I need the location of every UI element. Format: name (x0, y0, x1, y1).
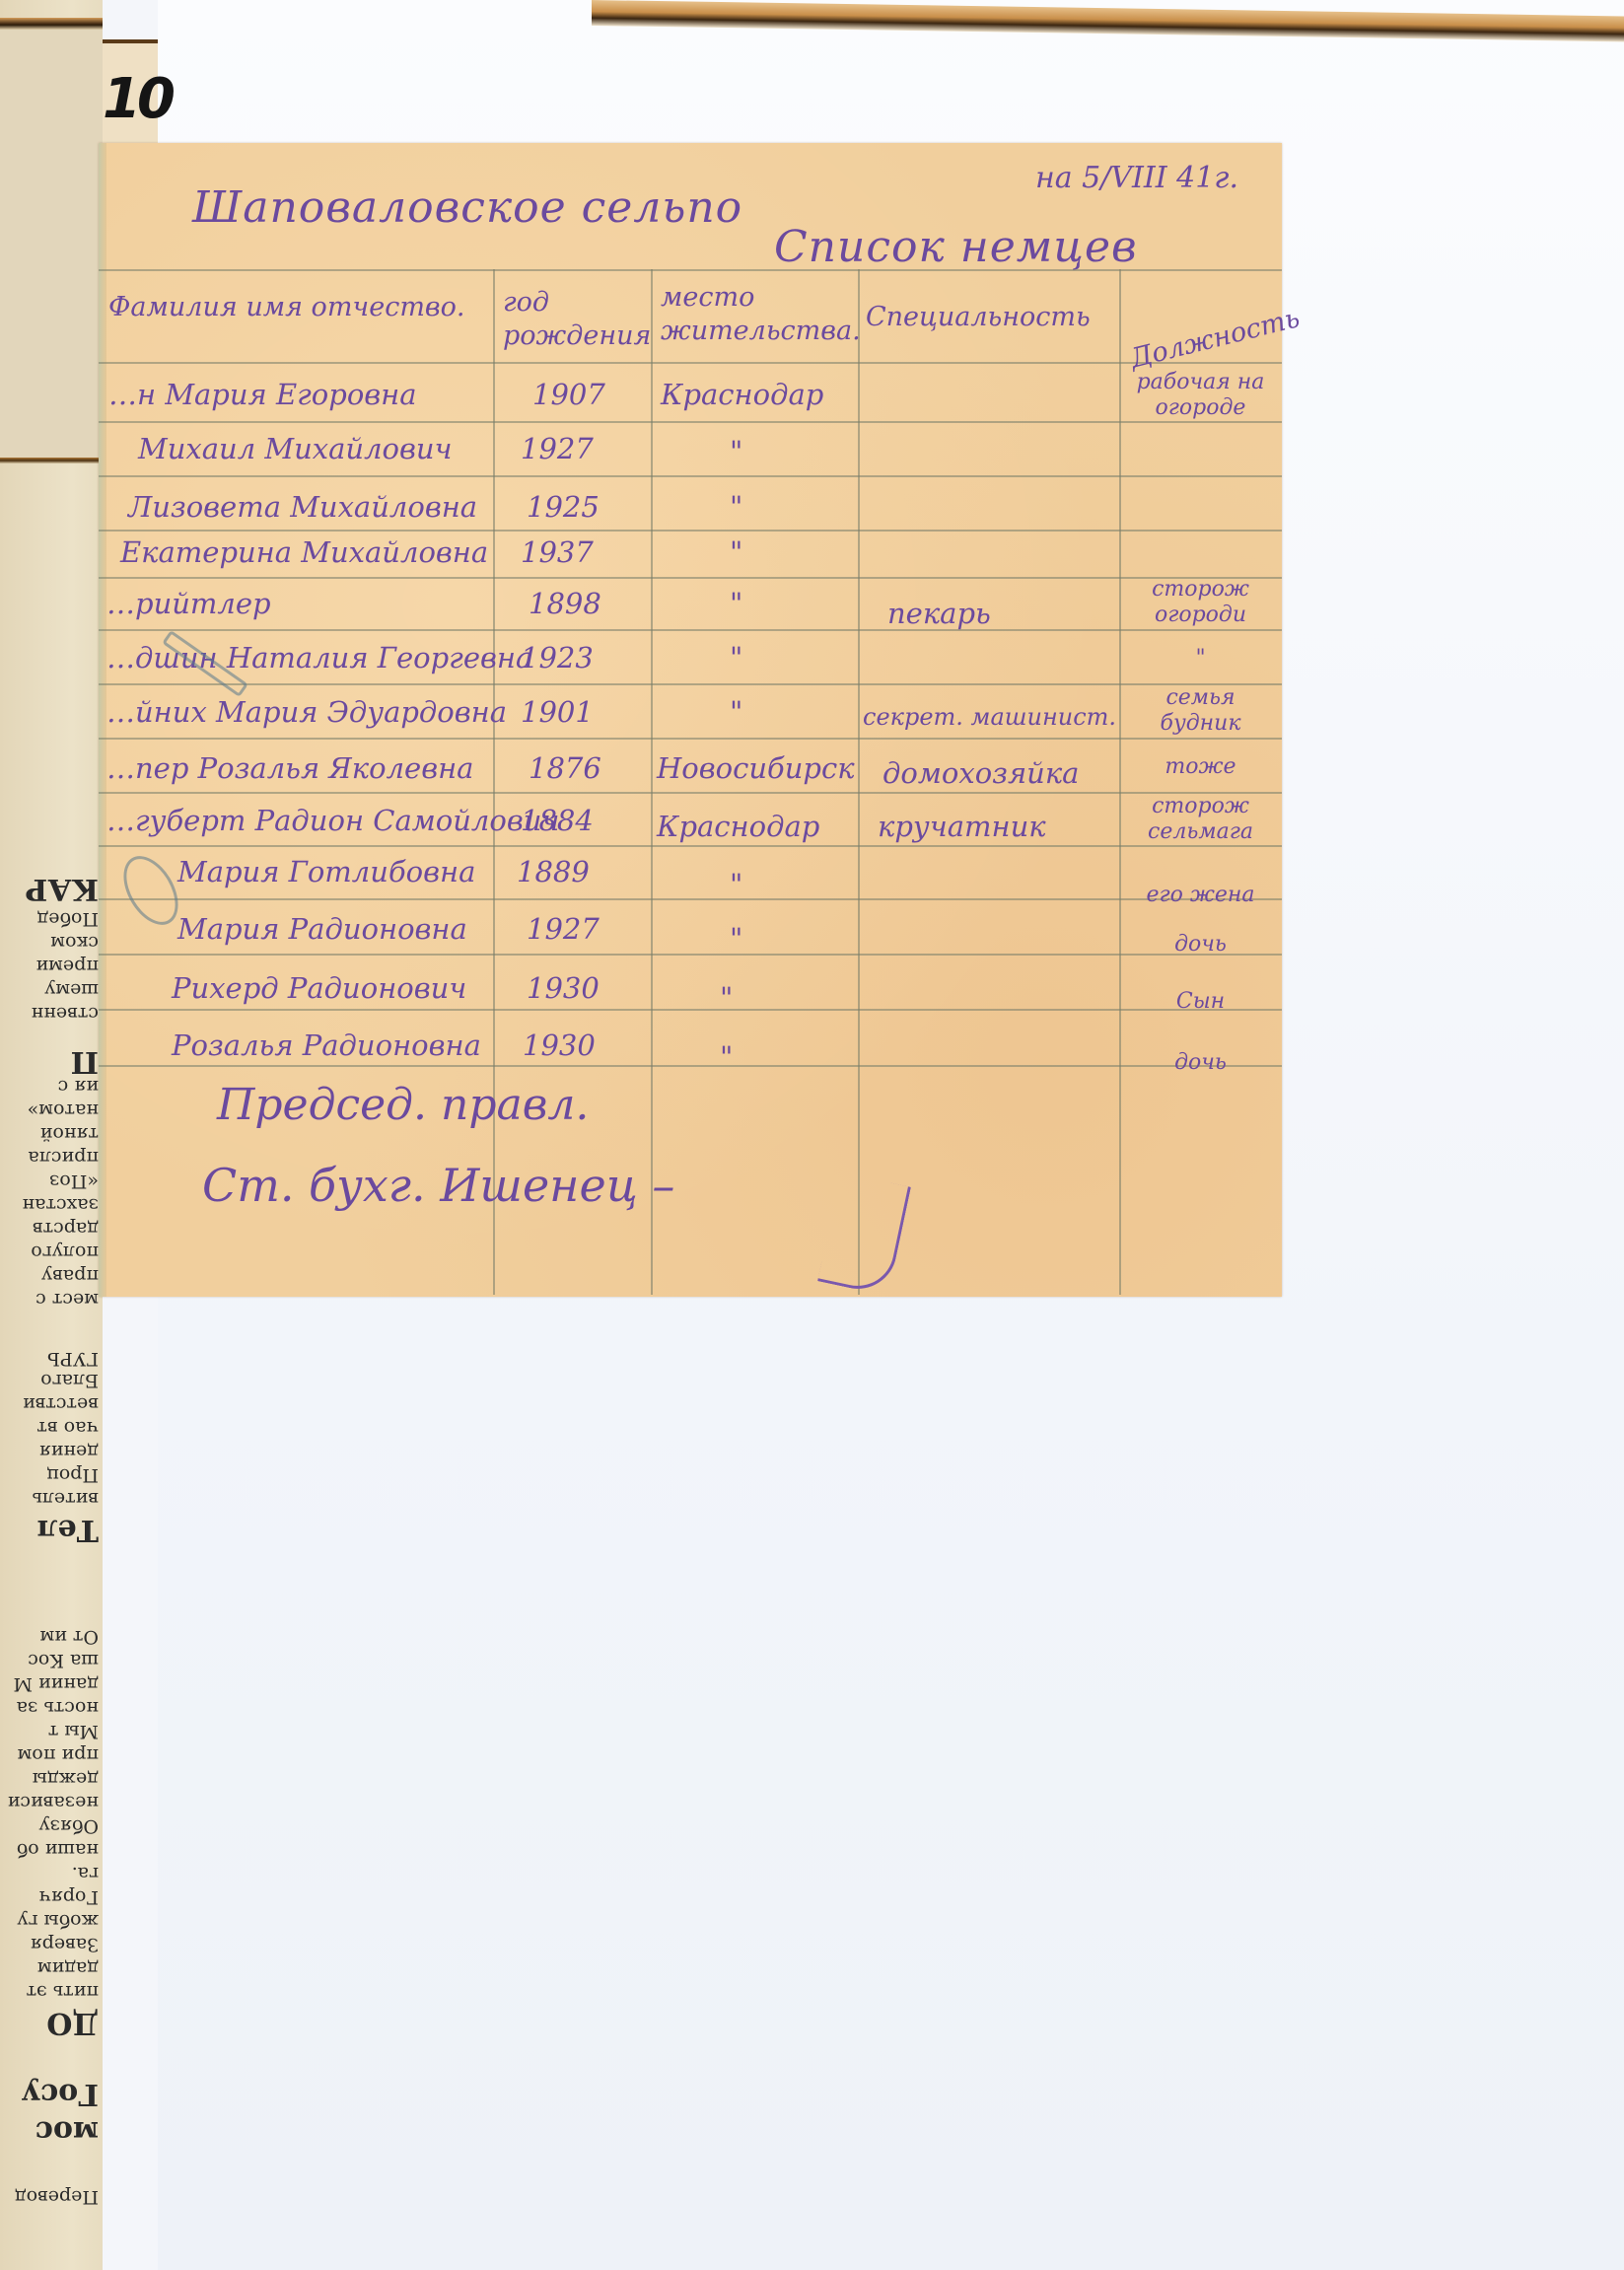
news-line: ия с (4, 1075, 99, 1099)
row-year: 1925 (527, 490, 600, 524)
news-line: витель (4, 1487, 99, 1511)
news-line: шему (4, 978, 99, 1002)
news-line: пить эт (4, 1980, 99, 2004)
signature-accountant: Ст. бухг. Ишенец – (202, 1159, 674, 1212)
rule-line (99, 629, 1282, 631)
row-place: " (730, 490, 742, 524)
column-divider (858, 269, 860, 1295)
rule-line (99, 1065, 1282, 1067)
row-place: " (720, 981, 733, 1015)
row-name: Мария Готлибовна (177, 855, 475, 888)
rule-line (99, 845, 1282, 847)
row-place: Новосибирск (657, 751, 855, 785)
row-name: …губерт Радион Самойлович (106, 804, 559, 837)
news-line: при пом (4, 1743, 99, 1767)
row-place: " (730, 922, 742, 956)
row-name: …йних Мария Эдуардовна (106, 695, 507, 729)
row-position: сторож сельмага (1124, 794, 1277, 845)
row-place: " (730, 587, 742, 620)
news-line: наши об (4, 1838, 99, 1862)
news-line: дежды (4, 1767, 99, 1791)
news-line: Побед (4, 907, 99, 931)
news-line: Перевод (4, 2185, 99, 2209)
news-line: ском (4, 931, 99, 955)
news-line: Проц (4, 1463, 99, 1487)
rule-line (99, 738, 1282, 740)
row-specialty: пекарь (887, 597, 991, 630)
news-line: дения (4, 1440, 99, 1463)
news-line: натом» (4, 1099, 99, 1122)
row-place: " (730, 535, 742, 569)
row-position: тоже (1124, 754, 1277, 780)
strip-upper-pane (0, 30, 103, 458)
news-line: жобы гу (4, 1909, 99, 1933)
row-place: " (730, 435, 742, 468)
column-header-specialty: Специальность (866, 301, 1112, 334)
rule-line (99, 421, 1282, 423)
row-place: " (730, 695, 742, 729)
news-block-a: ственн шему преми ском Побед КАР (4, 818, 99, 1026)
column-divider (651, 269, 653, 1295)
row-position: его жена (1124, 883, 1277, 908)
news-block-f: ДО пить эт дадим Заверя жобы гу Горяч га… (4, 1568, 99, 2041)
news-line: Горяч (4, 1885, 99, 1909)
column-header-birth-year: год рождения (503, 286, 646, 353)
news-line: независи (4, 1791, 99, 1814)
document-title-organization: Шаповаловское сельпо (192, 182, 742, 233)
row-year: 1937 (521, 535, 594, 569)
row-name: Екатерина Михайловна (120, 535, 488, 569)
news-line: дарств (4, 1217, 99, 1241)
rule-line (99, 683, 1282, 685)
row-year: 1898 (529, 587, 601, 620)
news-line: Благо (4, 1369, 99, 1392)
row-name: Лизовета Михайловна (128, 490, 477, 524)
row-specialty: кручатник (878, 810, 1046, 843)
news-line: дании М (4, 1672, 99, 1696)
news-line: ность за (4, 1696, 99, 1720)
document-title: Список немцев (774, 222, 1138, 272)
newspaper-strip: ственн шему преми ском Побед КАР П мест … (0, 0, 103, 2270)
news-line: «Поз (4, 1170, 99, 1193)
rule-line (99, 530, 1282, 532)
news-block-g: мос Госу (4, 2041, 99, 2150)
row-name: …н Мария Егоровна (108, 378, 417, 411)
row-specialty: домохозяйка (883, 756, 1079, 790)
row-year: 1889 (517, 855, 590, 888)
row-place: Краснодар (657, 810, 819, 843)
news-block-e: Тел витель Проц дения чао вт ветстви Бла… (4, 1361, 99, 1548)
rule-line (99, 475, 1282, 477)
news-block-h: Перевод (4, 2169, 99, 2209)
column-header-position: Должность (1127, 308, 1279, 376)
news-line: ша Кос (4, 1649, 99, 1672)
row-year: 1927 (521, 432, 594, 465)
rule-line (99, 792, 1282, 794)
row-place: Краснодар (661, 378, 823, 411)
news-line: дадим (4, 1956, 99, 1980)
news-line: Заверя (4, 1933, 99, 1956)
row-name: Мария Радионовна (177, 912, 467, 946)
row-place: " (730, 868, 742, 901)
news-line: Мы т (4, 1720, 99, 1743)
row-place: " (720, 1040, 733, 1074)
news-line: преми (4, 955, 99, 978)
rule-line (99, 362, 1282, 364)
row-position: дочь (1124, 932, 1277, 958)
row-place: " (730, 641, 742, 674)
handwritten-document: Шаповаловское сельпо на 5/VIII 41г. Спис… (99, 143, 1282, 1297)
news-line: га. (4, 1862, 99, 1885)
row-position: дочь (1124, 1050, 1277, 1076)
row-name: …рийтлер (106, 587, 271, 620)
news-line: тяной (4, 1122, 99, 1146)
row-name: Михаил Михайлович (138, 432, 453, 465)
rule-line (99, 954, 1282, 956)
row-year: 1930 (527, 971, 600, 1005)
news-line: Обязу (4, 1814, 99, 1838)
strip-burn-edge (0, 18, 103, 30)
news-line: ственн (4, 1002, 99, 1026)
news-line: ветстви (4, 1392, 99, 1416)
row-position: Сын (1124, 989, 1277, 1015)
rule-line (99, 898, 1282, 900)
row-position: " (1124, 646, 1277, 672)
row-position: сторож огороди (1124, 577, 1277, 628)
news-line: От им (4, 1625, 99, 1649)
row-name: Розалья Радионовна (172, 1029, 481, 1062)
news-line: чао вт (4, 1416, 99, 1440)
row-year: 1884 (521, 804, 594, 837)
rule-line (99, 1009, 1282, 1011)
page-number: 10 (103, 67, 162, 131)
row-position: семья будник (1124, 685, 1277, 737)
signature-flourish (817, 1172, 911, 1297)
column-divider (1119, 269, 1121, 1295)
signature-chairman: Председ. правл. (217, 1080, 589, 1130)
row-year: 1907 (532, 378, 605, 411)
row-year: 1930 (523, 1029, 596, 1062)
row-name: Рихерд Радионович (172, 971, 466, 1005)
row-year: 1923 (521, 641, 594, 674)
row-position: рабочая на огороде (1124, 370, 1277, 421)
row-year: 1901 (521, 695, 594, 729)
paper-fold-edge (99, 143, 106, 1297)
news-headline: мос (4, 2112, 99, 2150)
news-block-c: мест с праву полуго дарств захстан «Поз … (4, 1075, 99, 1312)
news-headline: Тел (4, 1511, 99, 1548)
row-specialty: секрет. машинист. (863, 703, 1116, 731)
column-header-residence: место жительства. (661, 281, 853, 348)
rule-line (99, 577, 1282, 579)
news-line: праву (4, 1264, 99, 1288)
news-headline: КАР (4, 870, 99, 907)
column-divider (493, 269, 495, 1295)
column-header-name: Фамилия имя отчество. (108, 291, 483, 324)
news-headline: Госу (4, 2075, 99, 2112)
document-date: на 5/VIII 41г. (1035, 161, 1238, 195)
row-year: 1876 (529, 751, 601, 785)
news-line: захстан (4, 1193, 99, 1217)
rule-line (99, 269, 1282, 271)
row-name: …пер Розалья Яколевна (106, 751, 473, 785)
news-line: присла (4, 1146, 99, 1170)
news-headline: ДО (4, 2004, 99, 2041)
row-year: 1927 (527, 912, 600, 946)
news-line: мест с (4, 1288, 99, 1312)
strip-fold-edge (0, 458, 103, 463)
news-line: полуго (4, 1241, 99, 1264)
